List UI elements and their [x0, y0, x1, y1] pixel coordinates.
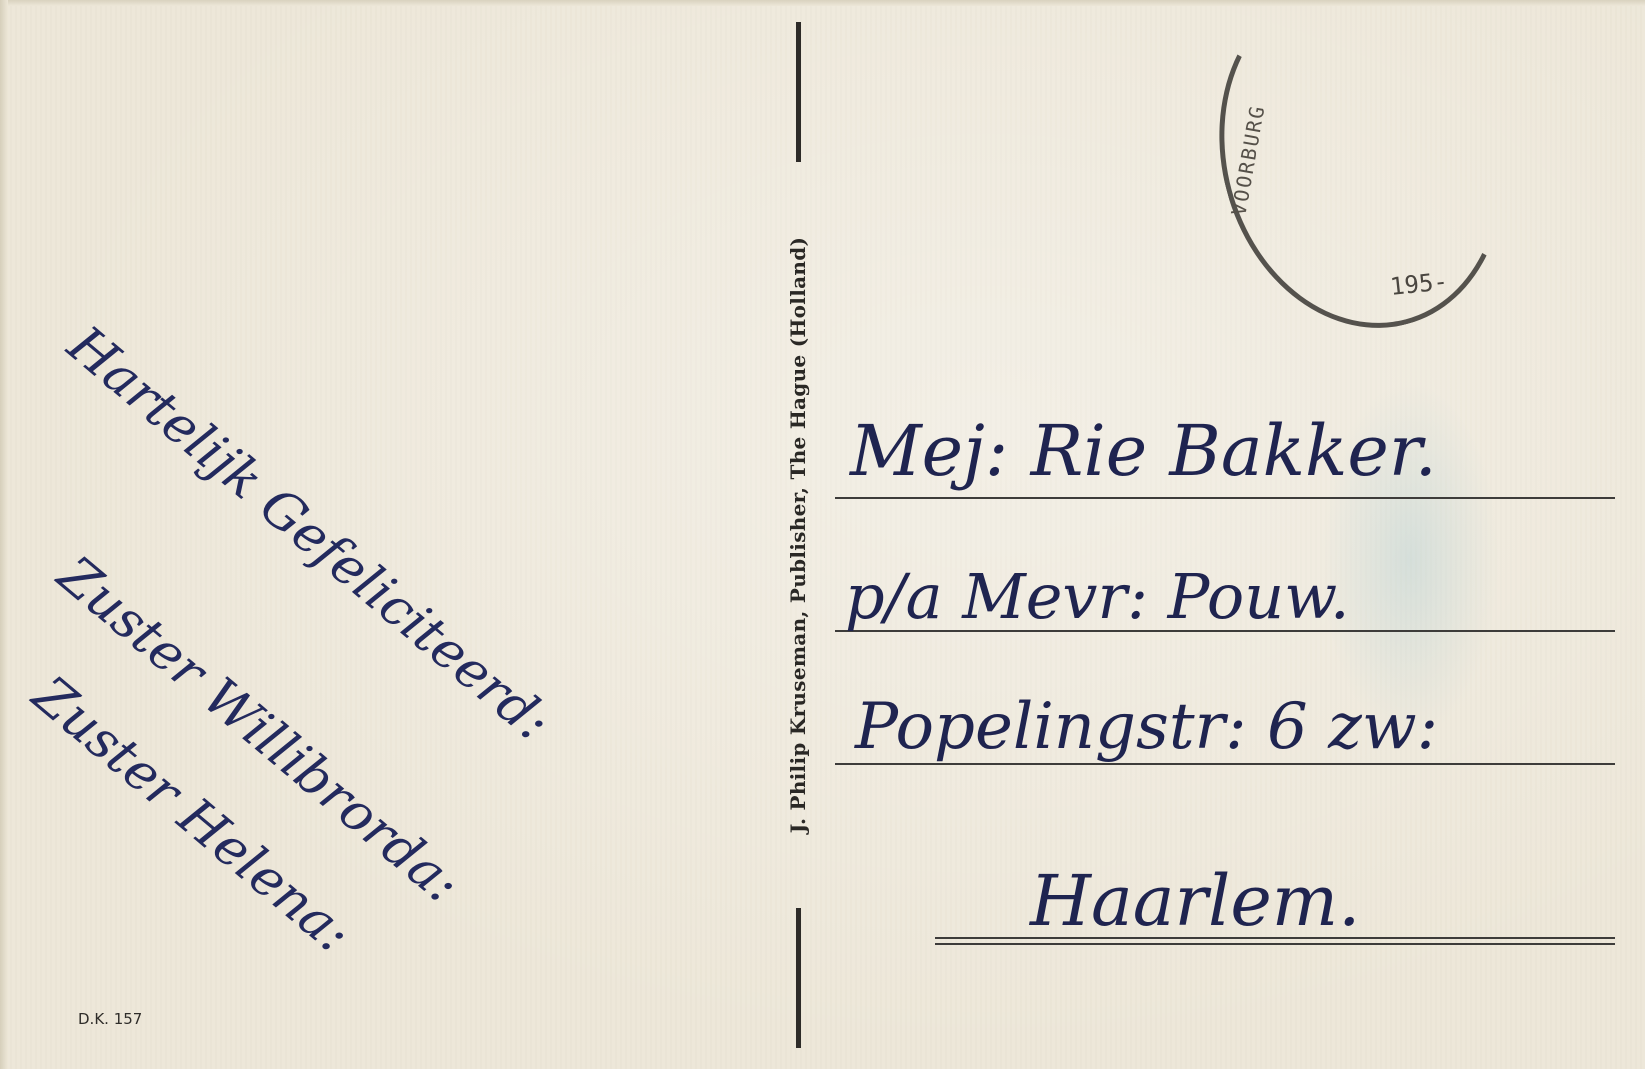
divider-line-top [796, 22, 801, 162]
address-city: Haarlem. [1030, 860, 1360, 942]
divider-line-bottom [796, 908, 801, 1048]
postcard-back: J. Philip Kruseman, Publisher, The Hague… [0, 0, 1645, 1069]
address-recipient: Mej: Rie Bakker. [850, 410, 1437, 492]
card-code: D.K. 157 [78, 1010, 142, 1028]
address-care-of: p/a Mevr: Pouw. [845, 560, 1350, 633]
address-rule-1 [835, 497, 1615, 499]
address-street: Popelingstr: 6 zw: [855, 690, 1438, 764]
message-line-greeting: Hartelijk Gefeliciteerd: [56, 315, 562, 753]
publisher-imprint: J. Philip Kruseman, Publisher, The Hague… [786, 237, 810, 834]
address-rule-4b [935, 943, 1615, 945]
card-edge-left [0, 0, 8, 1069]
